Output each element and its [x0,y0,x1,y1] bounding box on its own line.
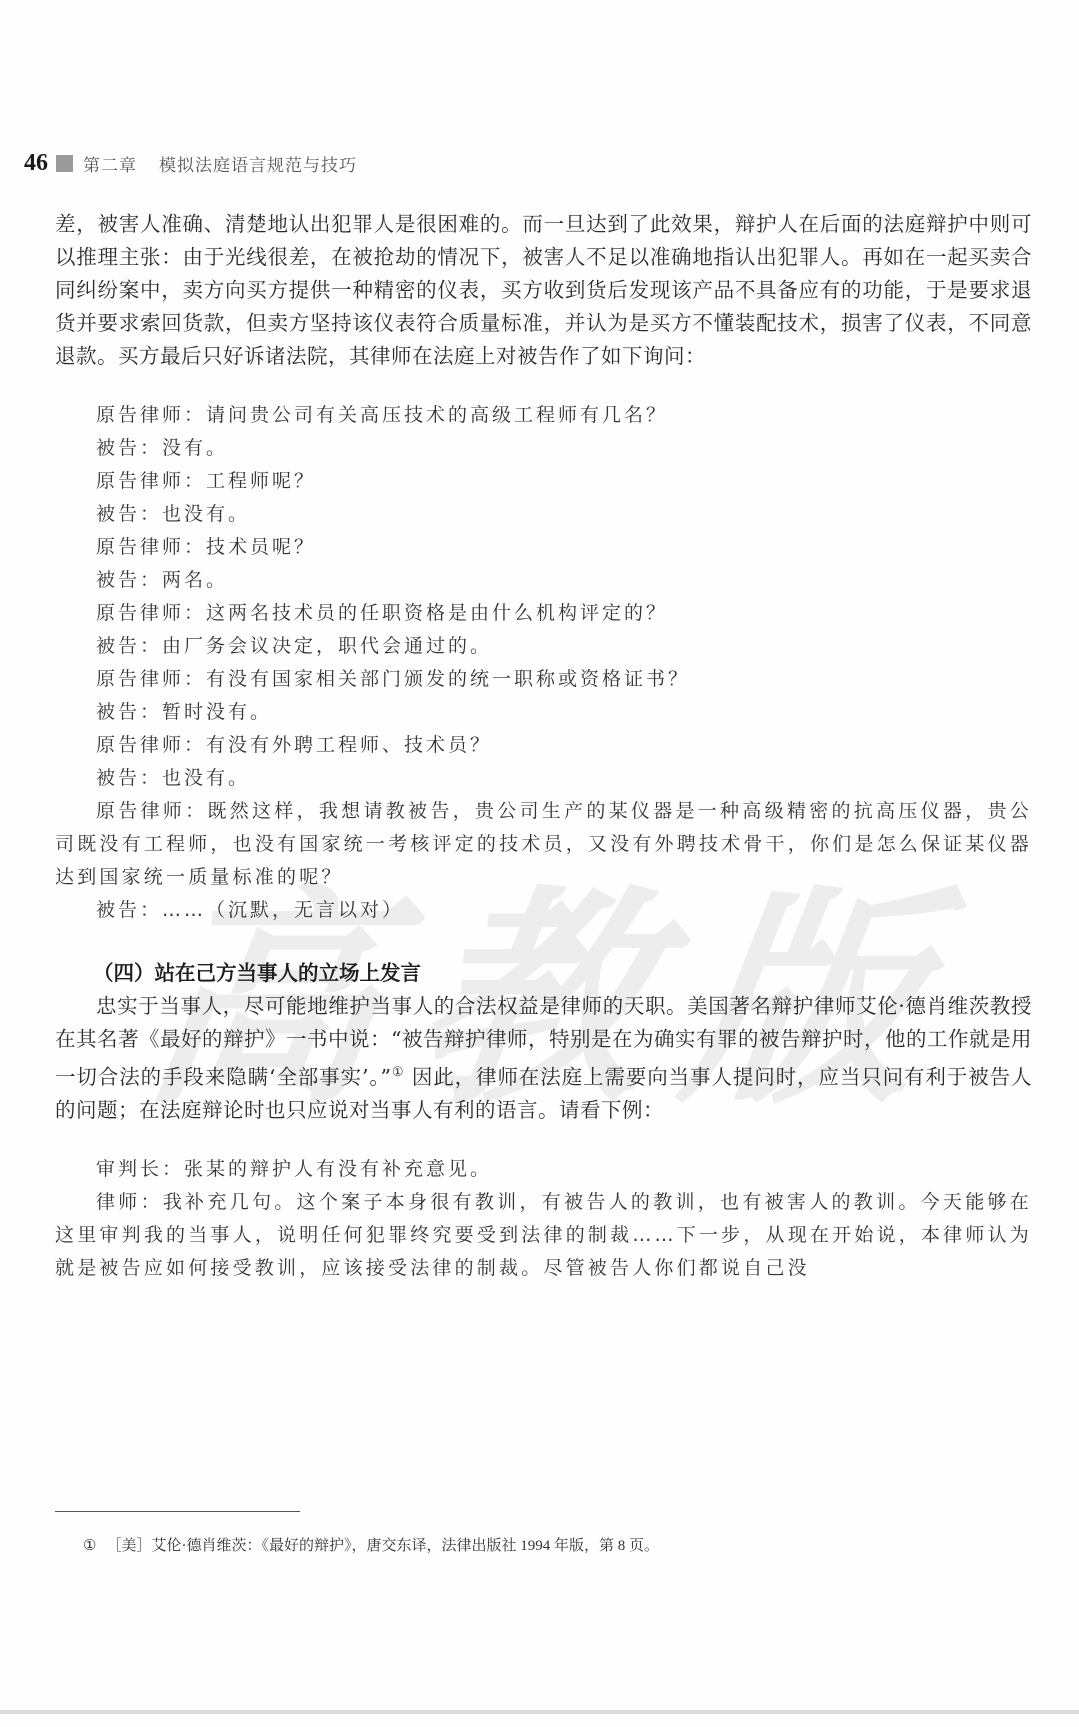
dialog-line: 被告：也没有。 [55,498,1032,531]
paragraph-1: 差，被害人准确、清楚地认出犯罪人是很困难的。而一旦达到了此效果，辩护人在后面的法… [55,208,1032,373]
dialog-line: 原告律师：有没有外聘工程师、技术员？ [55,729,1032,762]
section-heading: （四）站在己方当事人的立场上发言 [55,957,1032,990]
chapter-label: 第二章 [83,151,137,176]
dialog-line: 原告律师：技术员呢？ [55,531,1032,564]
dialog-line: 被告：……（沉默，无言以对） [55,894,1032,927]
footnote-mark: ① [83,1538,96,1554]
page-bottom-edge [0,1710,1079,1714]
dialog-line: 律师：我补充几句。这个案子本身很有教训，有被告人的教训，也有被害人的教训。今天能… [55,1186,1032,1285]
dialog-2: 审判长：张某的辩护人有没有补充意见。 律师：我补充几句。这个案子本身很有教训，有… [55,1153,1032,1285]
dialog-line: 审判长：张某的辩护人有没有补充意见。 [55,1153,1032,1186]
paragraph-2: 忠实于当事人，尽可能地维护当事人的合法权益是律师的天职。美国著名辩护律师艾伦·德… [55,990,1032,1127]
footnote-divider [55,1511,300,1512]
dialog-line: 被告：没有。 [55,432,1032,465]
page-number: 46 [24,150,48,177]
footnote-text: ［美］艾伦·德肖维茨：《最好的辩护》，唐交东译，法律出版社 1994 年版，第 … [106,1538,659,1554]
footnote-ref[interactable]: ① [392,1065,405,1080]
page-body: 差，被害人准确、清楚地认出犯罪人是很困难的。而一旦达到了此效果，辩护人在后面的法… [55,208,1032,1285]
dialog-line: 原告律师：既然这样，我想请教被告，贵公司生产的某仪器是一种高级精密的抗高压仪器，… [55,795,1032,894]
dialog-line: 被告：暂时没有。 [55,696,1032,729]
running-header: 46 第二章 模拟法庭语言规范与技巧 [24,148,357,178]
dialog-line: 原告律师：这两名技术员的任职资格是由什么机构评定的？ [55,597,1032,630]
header-square-icon [56,155,73,172]
dialog-line: 被告：也没有。 [55,762,1032,795]
chapter-title: 模拟法庭语言规范与技巧 [159,151,357,176]
dialog-line: 原告律师：请问贵公司有关高压技术的高级工程师有几名？ [55,399,1032,432]
dialog-line: 原告律师：有没有国家相关部门颁发的统一职称或资格证书？ [55,663,1032,696]
dialog-line: 原告律师：工程师呢？ [55,465,1032,498]
dialog-line: 被告：两名。 [55,564,1032,597]
dialog-1: 原告律师：请问贵公司有关高压技术的高级工程师有几名？ 被告：没有。 原告律师：工… [55,399,1032,927]
footnote: ①［美］艾伦·德肖维茨：《最好的辩护》，唐交东译，法律出版社 1994 年版，第… [83,1534,659,1555]
dialog-line: 被告：由厂务会议决定，职代会通过的。 [55,630,1032,663]
